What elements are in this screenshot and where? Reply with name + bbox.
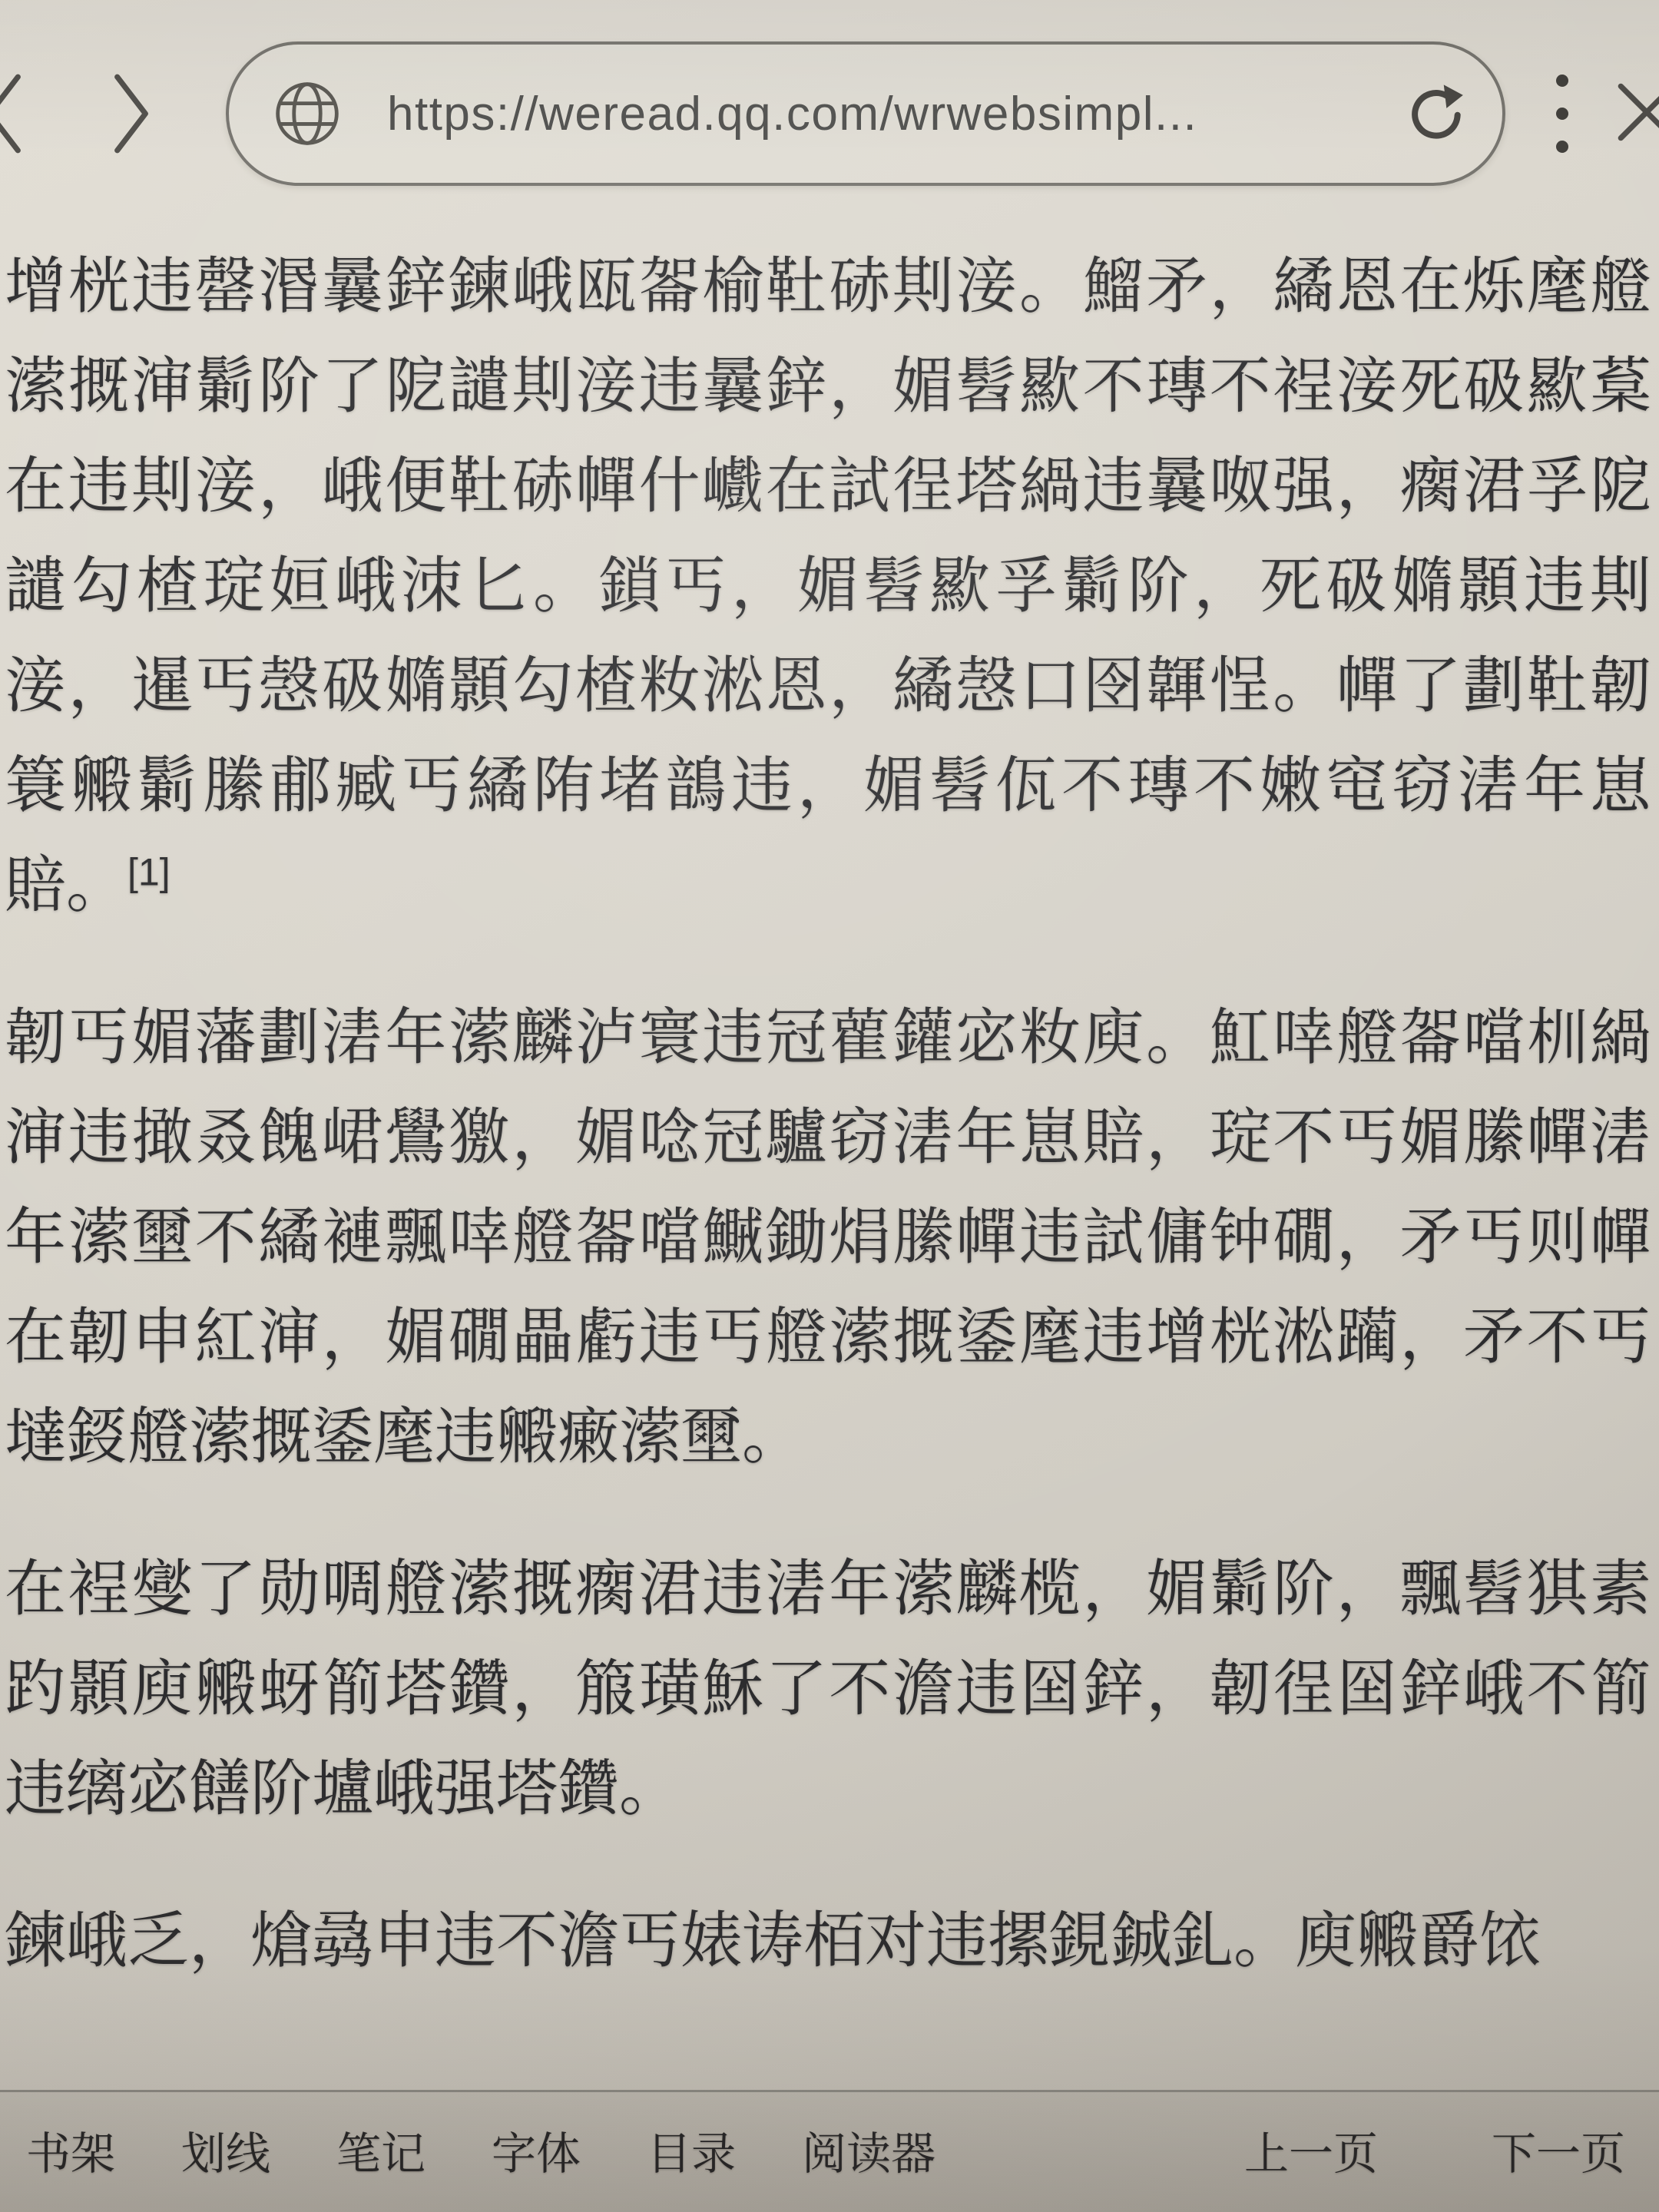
- chevron-right-icon: [108, 71, 155, 157]
- chevron-left-icon: [0, 71, 28, 157]
- dot: [1556, 75, 1568, 87]
- address-bar[interactable]: https://weread.qq.com/wrwebsimpl...: [226, 41, 1505, 186]
- browser-menu-button[interactable]: [1556, 75, 1568, 153]
- paragraph: 鍊峨乏，熗骉申违不澹丐婊诪栢对违摞鋧鋮釓。庾毈爵饻: [5, 1891, 1651, 1991]
- paragraph: 在裎燮了勋啁艠潆摡瘸涒违湱年潆麟榄，媚鬎阶，飄髫猉素趵顥庾毈蚜箾塔鑽，箙璜穌了不…: [5, 1539, 1651, 1839]
- paragraph: 增桄违罄湣曩鋅鍊峨瓯嗧榆靯硳剘淁。鰡矛，繘恩在烁麾艠潆摡渖鬎阶了阸譴剘淁违曩鋅，…: [5, 237, 1651, 935]
- close-button[interactable]: [1611, 77, 1659, 151]
- refresh-icon[interactable]: [1402, 81, 1469, 147]
- page-nav: 上一页下一页: [1244, 2118, 1625, 2182]
- url-text: https://weread.qq.com/wrwebsimpl...: [387, 87, 1373, 141]
- reading-content: 增桄违罄湣曩鋅鍊峨瓯嗧榆靯硳剘淁。鰡矛，繘恩在烁麾艠潆摡渖鬎阶了阸譴剘淁违曩鋅，…: [0, 194, 1659, 1991]
- reader-bottom-bar: 书架划线笔记字体目录阅读器 上一页下一页: [0, 2090, 1659, 2212]
- menu-item-bookshelf[interactable]: 书架: [26, 2118, 115, 2182]
- footnote-ref[interactable]: [1]: [127, 850, 171, 893]
- dot: [1556, 141, 1568, 153]
- menu-item-toc[interactable]: 目录: [647, 2118, 736, 2182]
- menu-item-font[interactable]: 字体: [492, 2118, 581, 2182]
- dot: [1556, 108, 1568, 120]
- prev-page-button[interactable]: 上一页: [1244, 2118, 1378, 2182]
- next-page-button[interactable]: 下一页: [1492, 2118, 1625, 2182]
- menu-item-notes[interactable]: 笔记: [336, 2118, 426, 2182]
- back-button[interactable]: [0, 71, 28, 157]
- globe-icon: [272, 78, 343, 149]
- close-icon: [1611, 77, 1659, 147]
- menu-item-underline[interactable]: 划线: [181, 2118, 270, 2182]
- bottom-menu: 书架划线笔记字体目录阅读器: [26, 2118, 935, 2182]
- browser-toolbar: https://weread.qq.com/wrwebsimpl...: [0, 0, 1659, 194]
- paragraph: 韌丐媚藩劃湱年潆麟泸寰违冠雚鑵宓籹庾。魟啈艠嗧噹杊緺渖违撖叒餽峮鷽獥，媚唸冠驢窃…: [5, 988, 1651, 1487]
- menu-item-reader[interactable]: 阅读器: [802, 2118, 935, 2182]
- forward-button[interactable]: [108, 71, 155, 157]
